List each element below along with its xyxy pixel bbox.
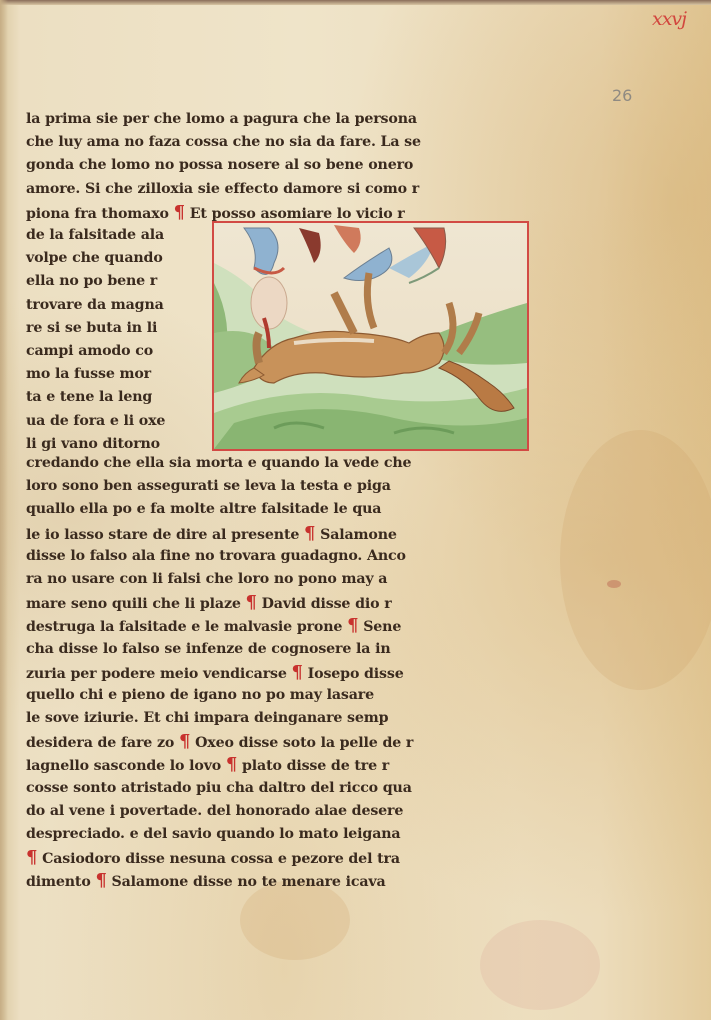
text-block-bottom: credando che ella sia morta e quando la … — [26, 452, 538, 893]
text-line: re si se buta in li — [26, 317, 212, 340]
text-line: cosse sonto atristado piu cha daltro del… — [26, 777, 538, 800]
rubric-paragraph-mark: ¶ — [347, 615, 358, 636]
text-line: mare seno quili che li plaze ¶ David dis… — [26, 591, 538, 614]
text-line: cha disse lo falso se infenze de cognose… — [26, 638, 538, 661]
page-gutter-shadow — [0, 0, 8, 1020]
text-line: ¶ Casiodoro disse nesuna cossa e pezore … — [26, 846, 538, 869]
text-block-beside-miniature: de la falsitade ala volpe che quando ell… — [26, 224, 212, 456]
fox-illustration — [214, 223, 527, 449]
text-line: dimento ¶ Salamone disse no te menare ic… — [26, 869, 538, 892]
text-line: desidera de fare zo ¶ Oxeo disse soto la… — [26, 730, 538, 753]
text-segment: piona fra thomaxo — [26, 206, 169, 222]
text-line: despreciado. e del savio quando lo mato … — [26, 823, 538, 846]
text-block-top: la prima sie per che lomo a pagura che l… — [26, 108, 538, 224]
rubric-paragraph-mark: ¶ — [26, 847, 37, 868]
text-segment: Oxeo disse soto la pelle de r — [195, 735, 413, 751]
text-segment: Casiodoro disse nesuna cossa e pezore de… — [42, 851, 400, 867]
text-segment: lagnello sasconde lo lovo — [26, 758, 221, 774]
rubric-paragraph-mark: ¶ — [174, 202, 185, 223]
text-line: volpe che quando — [26, 247, 212, 270]
text-line: trovare da magna — [26, 294, 212, 317]
rubric-paragraph-mark: ¶ — [95, 870, 106, 891]
ink-blot — [607, 580, 621, 588]
rubric-paragraph-mark: ¶ — [304, 523, 315, 544]
manuscript-page: xxvj 26 la prima sie per che lomo a pagu… — [0, 0, 711, 1020]
rubric-paragraph-mark: ¶ — [226, 754, 237, 775]
text-line: disse lo falso ala fine no trovara guada… — [26, 545, 538, 568]
text-line: la prima sie per che lomo a pagura che l… — [26, 108, 538, 131]
text-segment: le io lasso stare de dire al presente — [26, 527, 299, 543]
text-line: ta e tene la leng — [26, 386, 212, 409]
text-segment: Iosepo disse — [308, 666, 404, 682]
text-line: ra no usare con li falsi che loro no pon… — [26, 568, 538, 591]
folio-number-red: xxvj — [652, 8, 686, 30]
text-line: le io lasso stare de dire al presente ¶ … — [26, 522, 538, 545]
text-line: che luy ama no faza cossa che no sia da … — [26, 131, 538, 154]
text-segment: Salamone disse no te menare icava — [112, 874, 386, 890]
text-segment: dimento — [26, 874, 91, 890]
text-line: gonda che lomo no possa nosere al so ben… — [26, 154, 538, 177]
text-line: destruga la falsitade e le malvasie pron… — [26, 614, 538, 637]
text-line: quallo ella po e fa molte altre falsitad… — [26, 498, 538, 521]
text-segment: mare seno quili che li plaze — [26, 596, 241, 612]
text-segment: plato disse de tre r — [242, 758, 389, 774]
rubric-paragraph-mark: ¶ — [246, 592, 257, 613]
text-line: le sove iziurie. Et chi impara deinganar… — [26, 707, 538, 730]
text-line: loro sono ben assegurati se leva la test… — [26, 475, 538, 498]
text-line: mo la fusse mor — [26, 363, 212, 386]
folio-number-pencil: 26 — [612, 86, 632, 105]
text-line: lagnello sasconde lo lovo ¶ plato disse … — [26, 753, 538, 776]
text-segment: Et posso asomiare lo vicio r — [190, 206, 405, 222]
text-line: ua de fora e li oxe — [26, 410, 212, 433]
text-line: amore. Si che zilloxia sie effecto damor… — [26, 178, 538, 201]
text-line: campi amodo co — [26, 340, 212, 363]
text-segment: Salamone — [320, 527, 397, 543]
text-segment: destruga la falsitade e le malvasie pron… — [26, 619, 342, 635]
text-line: quello chi e pieno de igano no po may la… — [26, 684, 538, 707]
rubric-paragraph-mark: ¶ — [179, 731, 190, 752]
text-line: zuria per podere meio vendicarse ¶ Iosep… — [26, 661, 538, 684]
text-segment: David disse dio r — [262, 596, 392, 612]
text-segment: desidera de fare zo — [26, 735, 174, 751]
text-segment: zuria per podere meio vendicarse — [26, 666, 287, 682]
text-segment: Sene — [363, 619, 401, 635]
page-top-edge — [0, 0, 711, 5]
foxing-stain — [560, 430, 711, 690]
text-line: de la falsitade ala — [26, 224, 212, 247]
foxing-stain — [480, 920, 600, 1010]
text-line: credando che ella sia morta e quando la … — [26, 452, 538, 475]
rubric-paragraph-mark: ¶ — [292, 662, 303, 683]
text-line: ella no po bene r — [26, 270, 212, 293]
text-line: do al vene i povertade. del honorado ala… — [26, 800, 538, 823]
miniature-fox-and-birds — [212, 221, 529, 451]
